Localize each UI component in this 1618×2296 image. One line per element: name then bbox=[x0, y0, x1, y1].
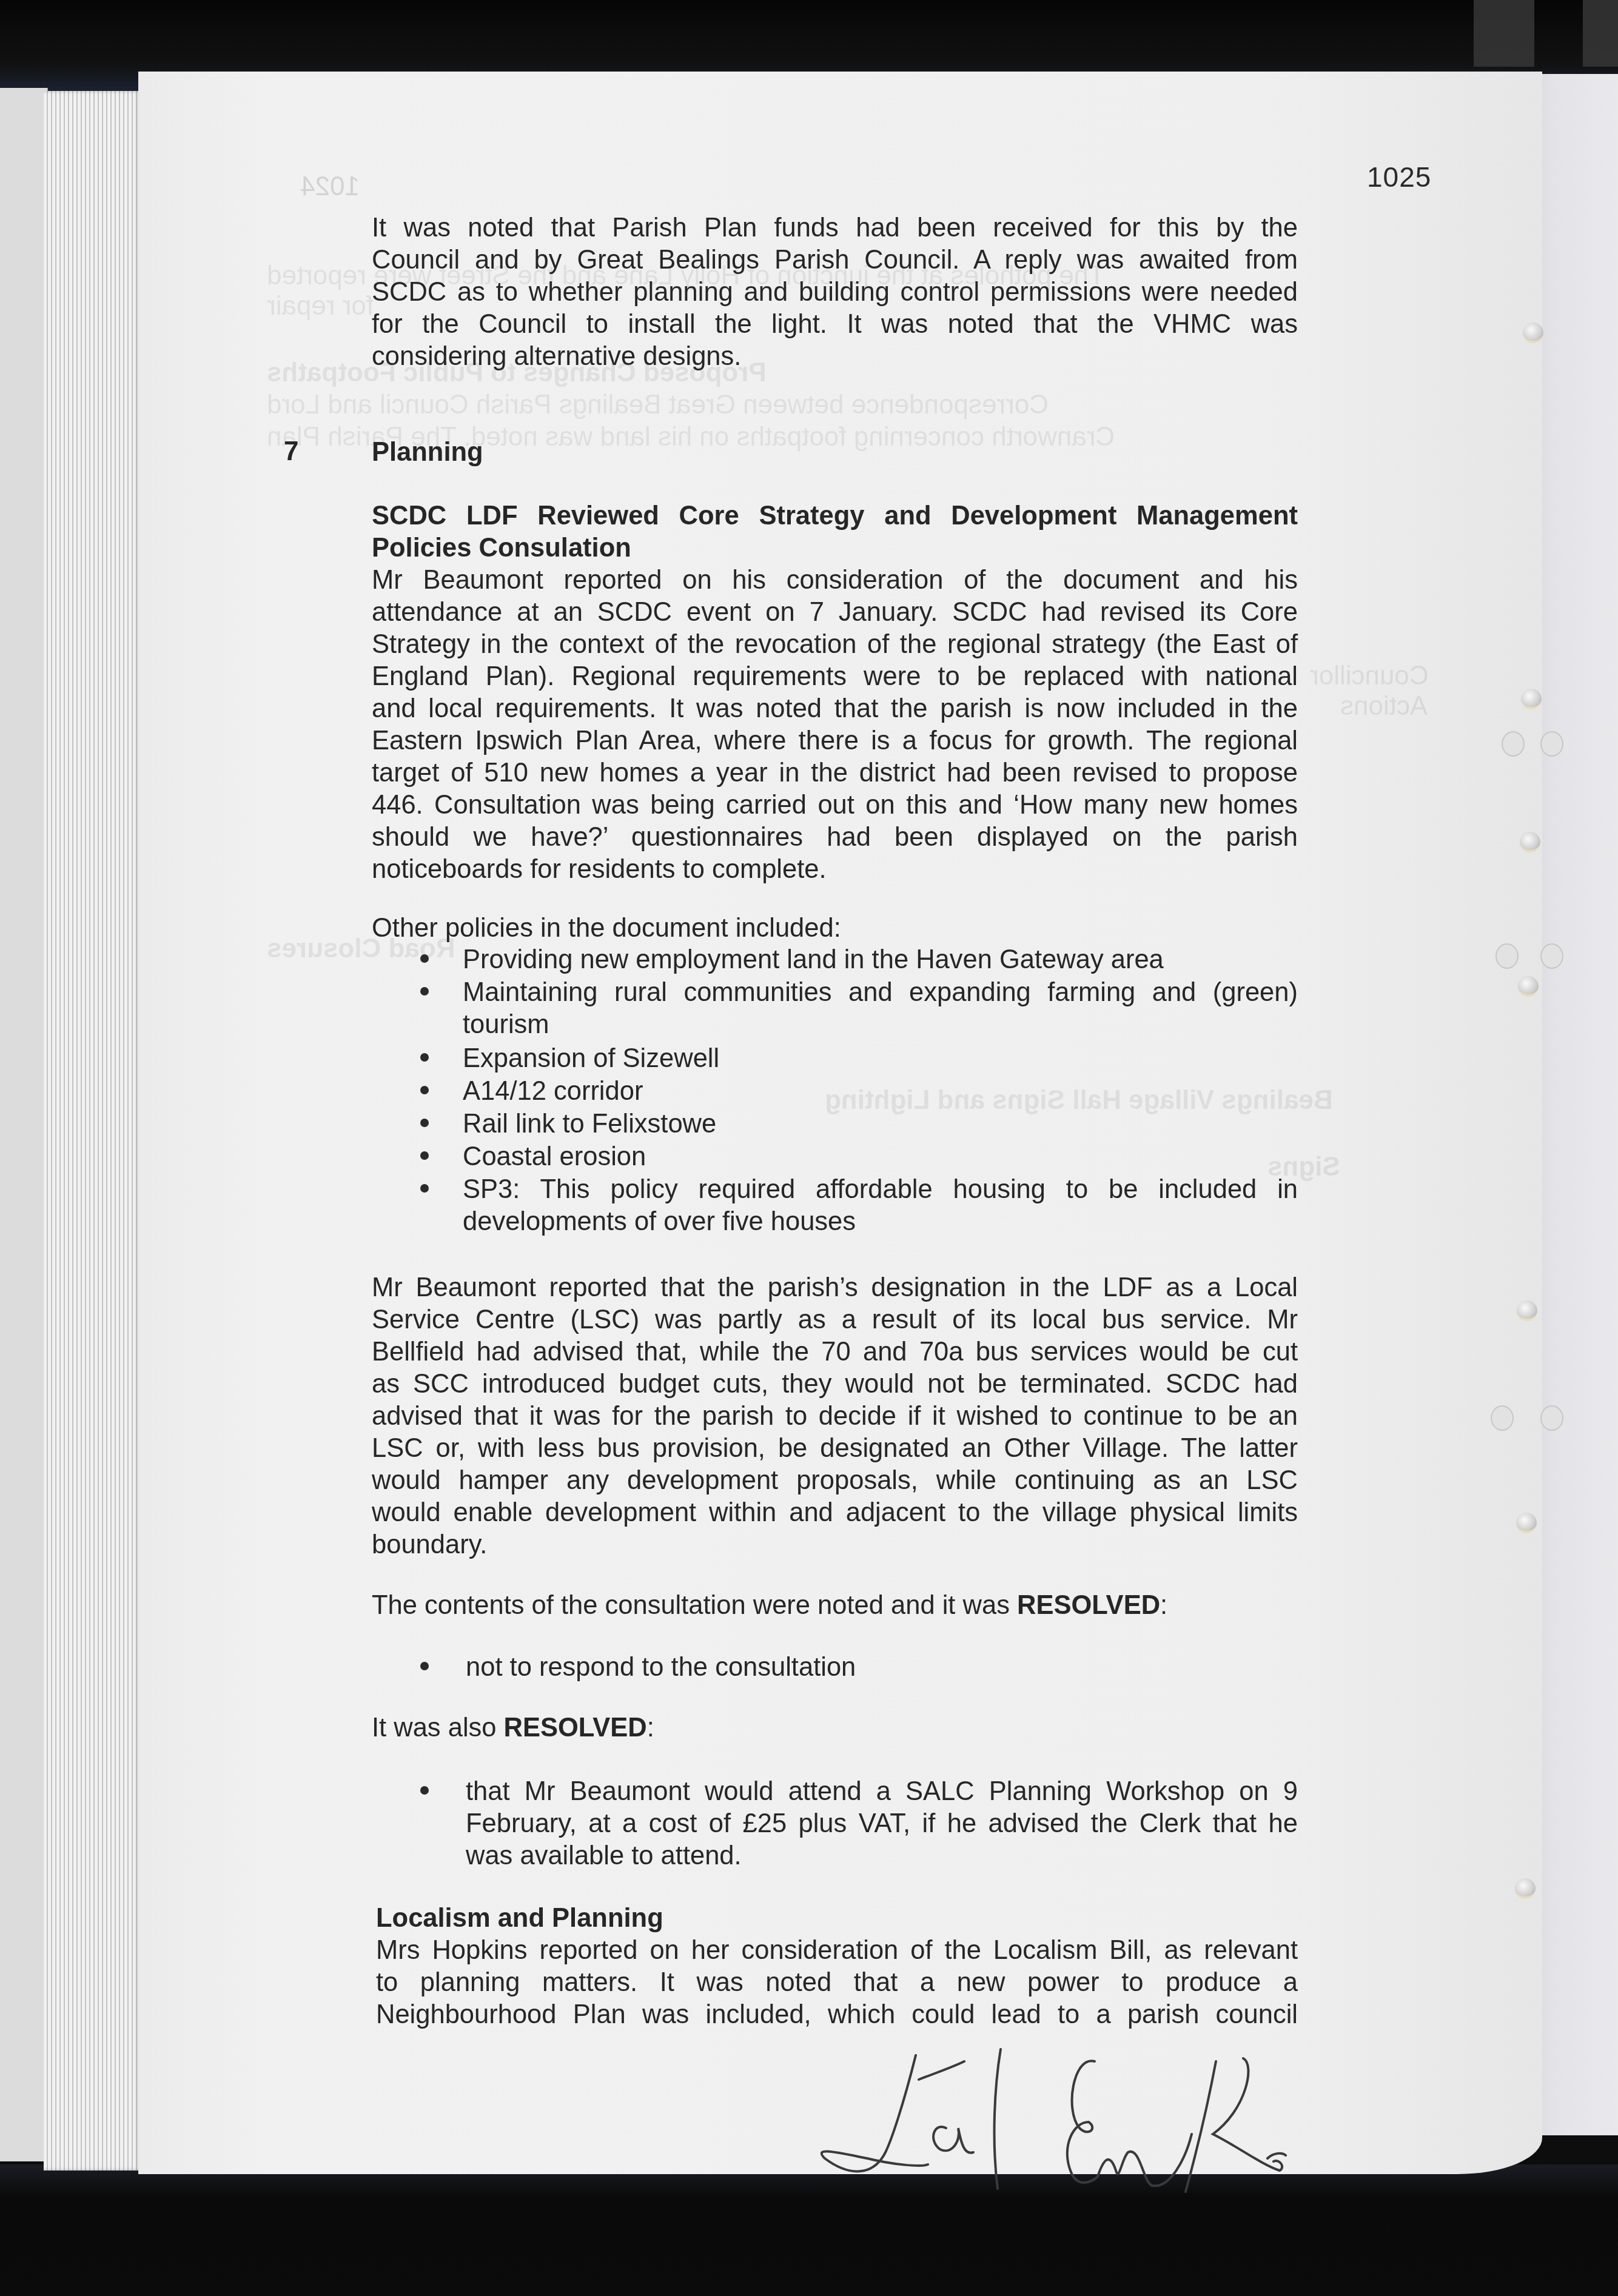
bullet-icon bbox=[420, 954, 429, 963]
bullet-icon bbox=[420, 1786, 429, 1795]
policy-item-continued: tourism bbox=[463, 1009, 549, 1041]
bullet-icon bbox=[420, 1053, 429, 1062]
page-number: 1025 bbox=[1367, 161, 1431, 193]
paragraph-line: LSC or, with less bus provision, be desi… bbox=[372, 1433, 1298, 1465]
punch-hole bbox=[1502, 731, 1525, 757]
resolution-prefix: It was also bbox=[372, 1713, 504, 1742]
paragraph-line: It was noted that Parish Plan funds had … bbox=[372, 212, 1298, 244]
policy-item: Providing new employment land in the Hav… bbox=[463, 944, 1164, 976]
policy-item-continued: developments of over five houses bbox=[463, 1206, 856, 1238]
punch-hole bbox=[1540, 731, 1563, 757]
resolved-keyword: RESOLVED bbox=[1017, 1591, 1160, 1620]
paragraph-line: Service Centre (LSC) was partly as a res… bbox=[372, 1304, 1298, 1336]
binder-strap bbox=[1474, 0, 1534, 67]
resolution-statement: The contents of the consultation were no… bbox=[372, 1590, 1167, 1622]
resolution-item: not to respond to the consultation bbox=[466, 1652, 856, 1684]
punch-hole bbox=[1491, 1405, 1514, 1431]
bullet-icon bbox=[420, 1119, 429, 1127]
binder-ring bbox=[1517, 1300, 1537, 1321]
paragraph-line: Bellfield had advised that, while the 70… bbox=[372, 1336, 1298, 1368]
bullet-icon bbox=[420, 1086, 429, 1094]
paragraph-line: would enable development within and adja… bbox=[372, 1497, 1298, 1529]
paragraph-line: Mr Beaumont reported on his consideratio… bbox=[372, 564, 1298, 597]
paragraph-line: Neighbourhood Plan was included, which c… bbox=[376, 1999, 1298, 2031]
policies-intro: Other policies in the document included: bbox=[372, 912, 841, 945]
policy-item: A14/12 corridor bbox=[463, 1076, 643, 1108]
paragraph-line: Council and by Great Bealings Parish Cou… bbox=[372, 244, 1298, 276]
section-title: Planning bbox=[372, 437, 483, 469]
bullet-icon bbox=[420, 1662, 429, 1670]
punch-hole bbox=[1495, 943, 1519, 969]
signature bbox=[813, 2037, 1419, 2207]
subsection-heading: Policies Consulation bbox=[372, 532, 631, 564]
paragraph-line: for the Council to install the light. It… bbox=[372, 309, 1298, 341]
paragraph-line: target of 510 new homes a year in the di… bbox=[372, 757, 1298, 789]
paragraph-line: considering alternative designs. bbox=[372, 341, 741, 373]
binder-ring bbox=[1516, 1513, 1537, 1533]
resolution-statement: It was also RESOLVED: bbox=[372, 1712, 654, 1744]
resolution-prefix: The contents of the consultation were no… bbox=[372, 1591, 1017, 1620]
paragraph-line: to planning matters. It was noted that a… bbox=[376, 1967, 1298, 1999]
resolution-item: that Mr Beaumont would attend a SALC Pla… bbox=[466, 1776, 1298, 1808]
resolved-keyword: RESOLVED bbox=[504, 1713, 647, 1742]
binder-ring bbox=[1523, 323, 1543, 343]
policy-item: Maintaining rural communities and expand… bbox=[463, 977, 1298, 1009]
page-stack-edges bbox=[44, 91, 141, 2170]
paragraph-line: and local requirements. It was noted tha… bbox=[372, 693, 1298, 725]
subsection-heading: SCDC LDF Reviewed Core Strategy and Deve… bbox=[372, 500, 1298, 532]
paragraph-line: Mrs Hopkins reported on her consideratio… bbox=[376, 1935, 1298, 1967]
show-through-text: Bealings Village Hall Signs and Lighting bbox=[825, 1085, 1333, 1116]
binder-strap bbox=[1583, 0, 1618, 67]
resolution-suffix: : bbox=[1160, 1591, 1167, 1620]
bullet-icon bbox=[420, 987, 429, 996]
binder-ring bbox=[1521, 689, 1542, 709]
bullet-icon bbox=[420, 1184, 429, 1193]
resolution-suffix: : bbox=[647, 1713, 654, 1742]
paragraph-line: would hamper any development proposals, … bbox=[372, 1465, 1298, 1497]
paragraph-line: boundary. bbox=[372, 1529, 487, 1561]
paragraph-line: 446. Consultation was being carried out … bbox=[372, 789, 1298, 822]
reverse-page-number: 1024 bbox=[300, 172, 360, 202]
show-through-text: Correspondence between Great Bealings Pa… bbox=[267, 390, 1049, 420]
bullet-icon bbox=[420, 1151, 429, 1160]
paragraph-line: Eastern Ipswich Plan Area, where there i… bbox=[372, 725, 1298, 757]
paragraph-line: England Plan). Regional requirements wer… bbox=[372, 661, 1298, 693]
paragraph-line: noticeboards for residents to complete. bbox=[372, 854, 827, 886]
paragraph-line: SCDC as to whether planning and building… bbox=[372, 276, 1298, 309]
paragraph-line: advised that it was for the parish to de… bbox=[372, 1401, 1298, 1433]
paragraph-line: should we have?’ questionnaires had been… bbox=[372, 822, 1298, 854]
policy-item: Expansion of Sizewell bbox=[463, 1043, 719, 1075]
agenda-item-number: 7 bbox=[284, 437, 298, 467]
paragraph-line: as SCC introduced budget cuts, they woul… bbox=[372, 1368, 1298, 1401]
policy-item: Coastal erosion bbox=[463, 1141, 646, 1173]
binder-ring bbox=[1515, 1878, 1536, 1899]
show-through-text: for repair bbox=[267, 291, 374, 321]
show-through-text: Councillor bbox=[1310, 661, 1429, 691]
binder-ring bbox=[1520, 832, 1540, 852]
punch-hole bbox=[1540, 943, 1563, 969]
left-page-edge bbox=[0, 88, 48, 2161]
binder-ring bbox=[1518, 976, 1539, 997]
resolution-item-continued: February, at a cost of £25 plus VAT, if … bbox=[466, 1808, 1298, 1840]
paragraph-line: Strategy in the context of the revocatio… bbox=[372, 629, 1298, 661]
policy-item: SP3: This policy required affordable hou… bbox=[463, 1174, 1298, 1206]
resolution-item-continued: was available to attend. bbox=[466, 1840, 742, 1872]
paragraph-line: attendance at an SCDC event on 7 January… bbox=[372, 597, 1298, 629]
show-through-text: Actions bbox=[1340, 691, 1428, 721]
punch-hole bbox=[1540, 1405, 1563, 1431]
paragraph-line: Mr Beaumont reported that the parish’s d… bbox=[372, 1272, 1298, 1304]
subsection-heading: Localism and Planning bbox=[376, 1903, 663, 1935]
policy-item: Rail link to Felixstowe bbox=[463, 1108, 716, 1140]
